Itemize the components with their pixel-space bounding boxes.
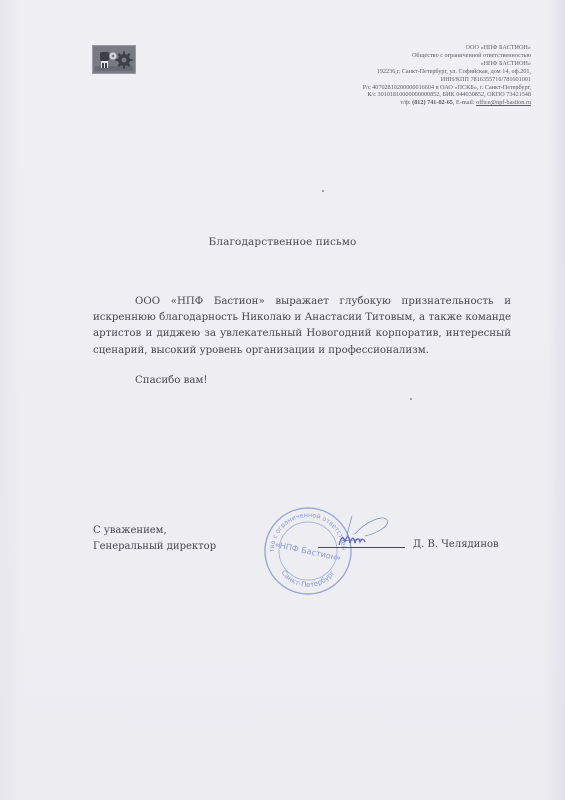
scan-speck [410,398,412,400]
company-requisites: ООО «НПФ БАСТИОН» Общество с ограниченно… [231,44,531,107]
signer-name: Д. В. Челядинов [413,539,499,550]
letter-paragraph: ООО «НПФ Бастион» выражает глубокую приз… [93,294,511,359]
company-short-name: ООО «НПФ БАСТИОН» [231,44,531,52]
email-label: , E-mail: [453,99,475,106]
phone-number: (812) 741-02-65 [412,99,453,106]
closing-phrase: С уважением, [93,523,216,539]
company-logo-gear-icon [92,45,136,74]
company-address: 192236,г. Санкт-Петербург, ул. Софийская… [231,68,531,76]
page-edge-shadow-left [0,0,22,800]
company-full-name-line2: «НПФ БАСТИОН» [231,60,531,68]
letter-body: ООО «НПФ Бастион» выражает глубокую приз… [93,294,511,359]
closing-block: С уважением, Генеральный директор [93,523,216,554]
phone-label: т/ф: [400,99,410,106]
letter-thanks: Спасибо вам! [135,375,208,386]
company-contacts: т/ф: (812) 741-02-65, E-mail: office@npf… [231,99,531,107]
letter-title: Благодарственное письмо [0,236,565,248]
company-full-name-line1: Общество с ограниченной ответственностью [231,52,531,60]
company-bank-account: Р/с 40702810200000016604 в ОАО «ПСКБ», г… [231,84,531,92]
handwritten-signature [325,512,395,552]
page-edge-shadow-right [545,0,565,800]
scan-speck [322,190,324,192]
company-corr-account: К/с 30101810000000000852, БИК 044030852,… [231,91,531,99]
company-inn-kpp: ИНН/КПП 7816355716/781601001 [231,76,531,84]
email-link[interactable]: office@npf-bastion.ru [476,99,531,106]
letter-page: ООО «НПФ БАСТИОН» Общество с ограниченно… [0,0,565,800]
signer-position: Генеральный директор [93,539,216,555]
